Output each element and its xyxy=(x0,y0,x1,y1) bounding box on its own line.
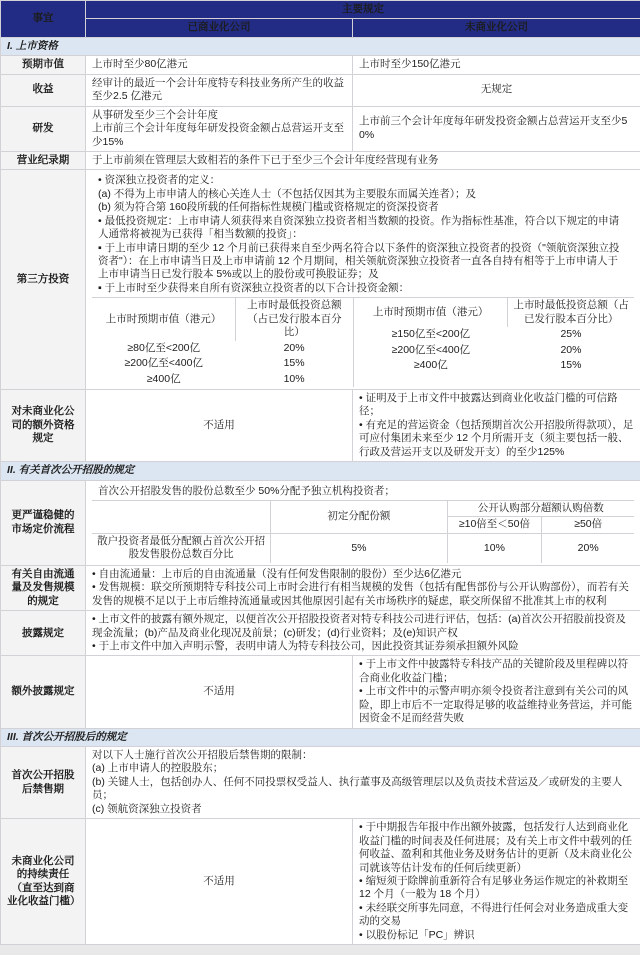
tier-cap-header-left: 上市时预期市值（港元） xyxy=(92,298,235,340)
tier-cap: ≥150亿至<200亿 xyxy=(354,327,508,342)
pricing-oversub-header: 公开认购部分超额认购倍数 xyxy=(447,501,634,517)
extra-disclosure-precommercial: • 于上市文件中披露特专科技产品的关键阶段及里程碑以符合商业化收益门槛； • 上… xyxy=(353,656,640,728)
row-label-free-float: 有关自由流通量及发售规模的规定 xyxy=(1,565,86,610)
row-label-track-record: 营业纪录期 xyxy=(1,151,86,169)
row-label-rnd: 研发 xyxy=(1,106,86,151)
row-revenue: 收益 经审计的最近一个会计年度特专科技业务所产生的收益至少2.5 亿港元 无规定 xyxy=(1,74,640,106)
investment-tier-tables: 上市时预期市值（港元） 上市时最低投资总额（占已发行股本百分比） ≥80亿至<2… xyxy=(92,297,634,387)
tier-cap: ≥200亿至<400亿 xyxy=(354,343,508,358)
header-row-2: 已商业化公司 未商业化公司 xyxy=(1,19,640,37)
row-label-pricing: 更严谨稳健的市场定价流程 xyxy=(1,480,86,565)
ongoing-commercialized: 不适用 xyxy=(86,819,353,945)
tier-pct: 10% xyxy=(235,372,352,387)
row-label-extra-qualification: 对未商业化公司的额外资格规定 xyxy=(1,389,86,461)
tier-table-commercialized: 上市时预期市值（港元） 上市时最低投资总额（占已发行股本百分比） ≥80亿至<2… xyxy=(92,298,353,387)
tier-min-header-right: 上市时最低投资总额（占已发行股本百分比） xyxy=(508,298,634,327)
extra-disclosure-commercialized: 不适用 xyxy=(86,656,353,728)
tier-pct: 25% xyxy=(508,327,634,342)
header-precommercial: 未商业化公司 xyxy=(353,19,640,37)
revenue-precommercial: 无规定 xyxy=(353,74,640,106)
row-lockup: 首次公开招股后禁售期 对以下人士施行首次公开招股后禁售期的限制： (a) 上市申… xyxy=(1,747,640,819)
pricing-tier2-value: 20% xyxy=(542,533,634,562)
tier-row: ≥200亿至<400亿 15% xyxy=(92,356,353,371)
regulations-document: 事宜 主要规定 已商业化公司 未商业化公司 I. 上市资格 预期市值 上市时至少… xyxy=(0,0,640,955)
pricing-tier1-header: ≥10倍至＜50倍 xyxy=(447,517,542,533)
section-2-band: II. 有关首次公开招股的规定 xyxy=(1,462,640,480)
section-3-title: III. 首次公开招股后的规定 xyxy=(1,728,640,746)
pricing-initial-value: 5% xyxy=(271,533,447,562)
lockup-span: 对以下人士施行首次公开招股后禁售期的限制： (a) 上市申请人的控股股东； (b… xyxy=(86,747,640,819)
tier-cap: ≥400亿 xyxy=(92,372,235,387)
tier-min-header-left: 上市时最低投资总额（占已发行股本百分比） xyxy=(235,298,352,340)
row-rnd: 研发 从事研发至少三个会计年度 上市前三个会计年度每年研发投资金额占总营运开支至… xyxy=(1,106,640,151)
market-cap-precommercial: 上市时至少150亿港元 xyxy=(353,56,640,74)
row-third-party: 第三方投资 • 资深独立投资者的定义： (a) 不得为上市申请人的核心关连人士（… xyxy=(1,170,640,390)
rnd-precommercial: 上市前三个会计年度每年研发投资金额占总营运开支至少50% xyxy=(353,106,640,151)
tier-cap: ≥200亿至<400亿 xyxy=(92,356,235,371)
row-disclosure: 披露规定 • 上市文件的披露有额外规定，以便首次公开招股投资者对特专科技公司进行… xyxy=(1,611,640,656)
market-cap-commercialized: 上市时至少80亿港元 xyxy=(86,56,353,74)
tier-row: ≥150亿至<200亿 25% xyxy=(354,327,634,342)
pricing-blank-cell xyxy=(92,501,271,533)
row-free-float: 有关自由流通量及发售规模的规定 • 自由流通量：上市后的自由流通量（没有任何发售… xyxy=(1,565,640,610)
header-matter: 事宜 xyxy=(1,1,86,38)
revenue-commercialized: 经审计的最近一个会计年度特专科技业务所产生的收益至少2.5 亿港元 xyxy=(86,74,353,106)
tier-row: ≥80亿至<200亿 20% xyxy=(92,341,353,356)
row-market-cap: 预期市值 上市时至少80亿港元 上市时至少150亿港元 xyxy=(1,56,640,74)
pricing-tier2-header: ≥50倍 xyxy=(542,517,634,533)
extra-qualification-precommercial: • 证明及于上市文件中披露达到商业化收益门槛的可信路径； • 有充足的营运资金（… xyxy=(353,389,640,461)
third-party-text: • 资深独立投资者的定义： (a) 不得为上市申请人的核心关连人士（不包括仅因其… xyxy=(92,172,634,297)
tier-cap-header-right: 上市时预期市值（港元） xyxy=(354,298,508,327)
row-extra-qualification: 对未商业化公司的额外资格规定 不适用 • 证明及于上市文件中披露达到商业化收益门… xyxy=(1,389,640,461)
pricing-row-label: 散户投资者最低分配额占首次公开招股发售股份总数百分比 xyxy=(92,533,271,562)
tier-pct: 20% xyxy=(235,341,352,356)
ongoing-precommercial: • 于中期报告年报中作出额外披露，包括发行人达到商业化收益门槛的时间表及任何进展… xyxy=(353,819,640,945)
row-label-market-cap: 预期市值 xyxy=(1,56,86,74)
pricing-initial-allocation-header: 初定分配份额 xyxy=(271,501,447,533)
section-3-band: III. 首次公开招股后的规定 xyxy=(1,728,640,746)
row-pricing: 更严谨稳健的市场定价流程 首次公开招股发售的股份总数至少 50%分配予独立机构投… xyxy=(1,480,640,565)
tier-table-precommercial: 上市时预期市值（港元） 上市时最低投资总额（占已发行股本百分比） ≥150亿至<… xyxy=(353,298,634,387)
header-commercialized: 已商业化公司 xyxy=(86,19,353,37)
tier-pct: 15% xyxy=(235,356,352,371)
tier-cap: ≥400亿 xyxy=(354,358,508,373)
regulations-table: 事宜 主要规定 已商业化公司 未商业化公司 I. 上市资格 预期市值 上市时至少… xyxy=(0,0,640,945)
third-party-cell: • 资深独立投资者的定义： (a) 不得为上市申请人的核心关连人士（不包括仅因其… xyxy=(86,170,640,390)
tier-row: ≥400亿 10% xyxy=(92,372,353,387)
section-2-title: II. 有关首次公开招股的规定 xyxy=(1,462,640,480)
track-record-span: 于上市前须在管理层大致相若的条件下已于至少三个会计年度经营现有业务 xyxy=(86,151,640,169)
header-row-1: 事宜 主要规定 xyxy=(1,1,640,19)
header-main-regulations: 主要规定 xyxy=(86,1,640,19)
row-label-disclosure: 披露规定 xyxy=(1,611,86,656)
section-1-title: I. 上市资格 xyxy=(1,37,640,55)
row-extra-disclosure: 额外披露规定 不适用 • 于上市文件中披露特专科技产品的关键阶段及里程碑以符合商… xyxy=(1,656,640,728)
row-label-revenue: 收益 xyxy=(1,74,86,106)
pricing-intro: 首次公开招股发售的股份总数至少 50%分配予独立机构投资者； xyxy=(92,483,634,501)
row-label-lockup: 首次公开招股后禁售期 xyxy=(1,747,86,819)
rnd-commercialized: 从事研发至少三个会计年度 上市前三个会计年度每年研发投资金额占总营运开支至少15… xyxy=(86,106,353,151)
tier-pct: 20% xyxy=(508,343,634,358)
tier-cap: ≥80亿至<200亿 xyxy=(92,341,235,356)
extra-qualification-commercialized: 不适用 xyxy=(86,389,353,461)
row-track-record: 营业纪录期 于上市前须在管理层大致相若的条件下已于至少三个会计年度经营现有业务 xyxy=(1,151,640,169)
tier-row: ≥200亿至<400亿 20% xyxy=(354,343,634,358)
section-1-band: I. 上市资格 xyxy=(1,37,640,55)
row-ongoing: 未商业化公司的持续责任（直至达到商业化收益门槛） 不适用 • 于中期报告年报中作… xyxy=(1,819,640,945)
pricing-cell: 首次公开招股发售的股份总数至少 50%分配予独立机构投资者； 初定分配份额 公开… xyxy=(86,480,640,565)
row-label-third-party: 第三方投资 xyxy=(1,170,86,390)
pricing-table: 初定分配份额 公开认购部分超额认购倍数 ≥10倍至＜50倍 ≥50倍 散户投资者… xyxy=(92,501,634,563)
free-float-span: • 自由流通量：上市后的自由流通量（没有任何发售限制的股份）至少达6亿港元 • … xyxy=(86,565,640,610)
pricing-tier1-value: 10% xyxy=(447,533,542,562)
disclosure-span: • 上市文件的披露有额外规定，以便首次公开招股投资者对特专科技公司进行评估，包括… xyxy=(86,611,640,656)
tier-pct: 15% xyxy=(508,358,634,373)
row-label-ongoing: 未商业化公司的持续责任（直至达到商业化收益门槛） xyxy=(1,819,86,945)
row-label-extra-disclosure: 额外披露规定 xyxy=(1,656,86,728)
tier-row: ≥400亿 15% xyxy=(354,358,634,373)
